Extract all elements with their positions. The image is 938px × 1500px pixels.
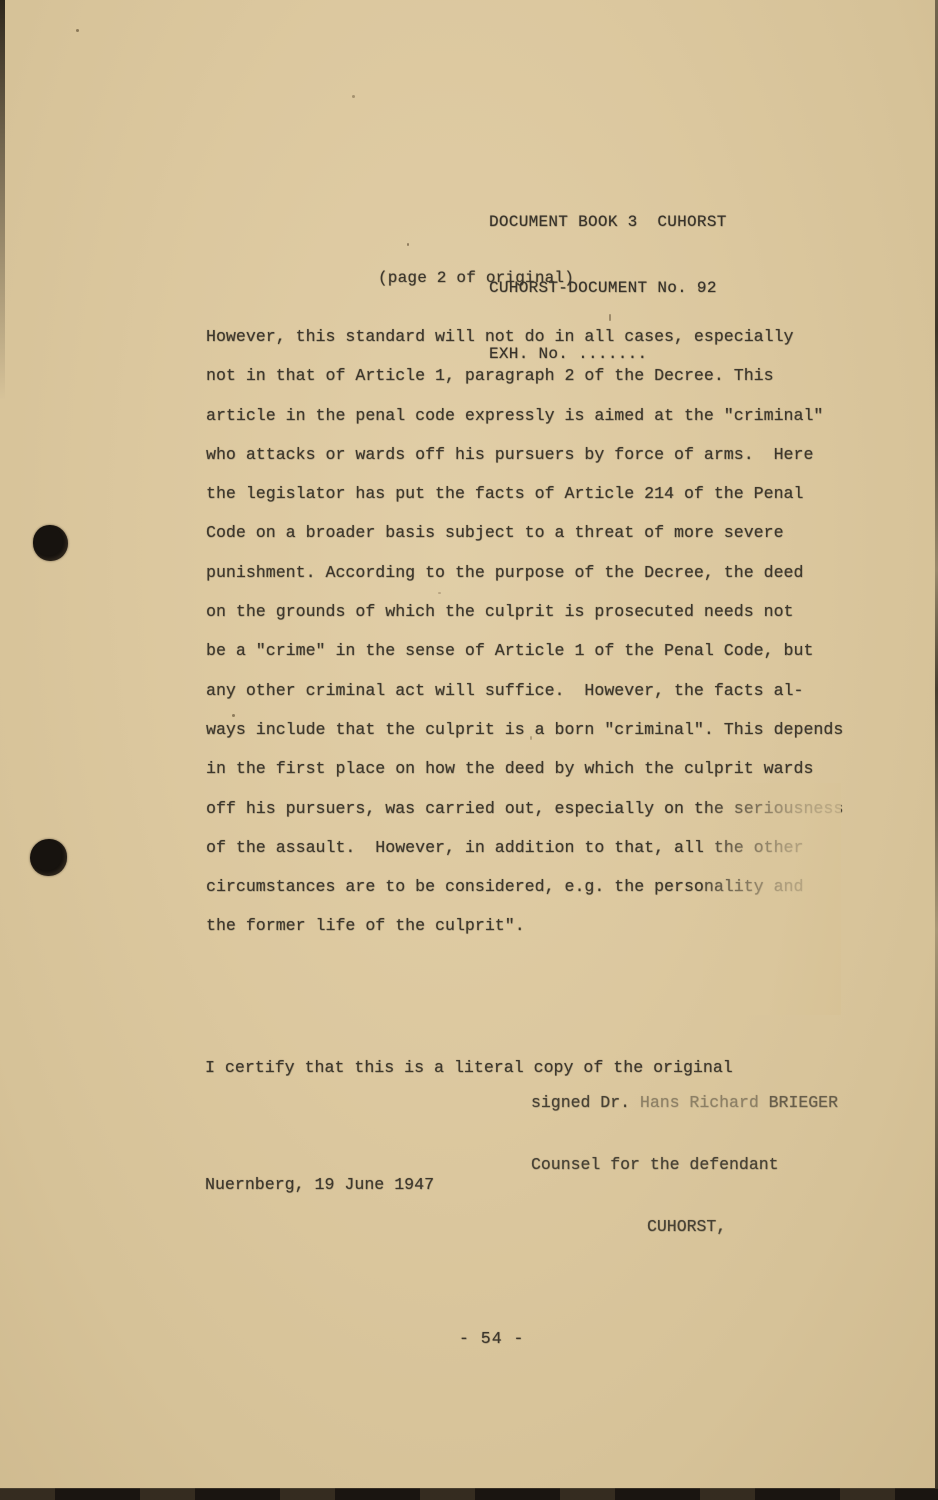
body-text-line: circumstances are to be considered, e.g.…	[206, 867, 843, 906]
page-number: - 54 -	[459, 1329, 524, 1348]
signature-signed-name: Hans Richard	[640, 1093, 769, 1112]
body-text-line: off his pursuers, was carried out, espec…	[206, 789, 843, 828]
body-text-line: of the assault. However, in addition to …	[206, 828, 843, 867]
page-edge-bottom	[0, 1488, 938, 1500]
body-text-line: ways include that the culprit is a born …	[206, 710, 843, 749]
body-text-line: However, this standard will not do in al…	[206, 317, 843, 356]
body-text-line: the legislator has put the facts of Arti…	[206, 474, 843, 513]
punch-hole-bottom	[30, 839, 67, 876]
header-line-book: DOCUMENT BOOK 3 CUHORST	[489, 211, 727, 233]
punch-hole-top	[33, 525, 68, 561]
paper-speck	[232, 714, 235, 717]
body-paragraph: However, this standard will not do in al…	[206, 317, 843, 946]
page-subtitle: (page 2 of original)	[378, 269, 574, 287]
paper-speck	[609, 314, 611, 321]
paper-speck	[352, 95, 355, 98]
signature-line-signed: signed Dr. Hans Richard BRIEGER	[531, 1093, 838, 1114]
document-page: DOCUMENT BOOK 3 CUHORST CUHORST-DOCUMENT…	[0, 0, 938, 1500]
paper-speck	[530, 736, 532, 740]
paper-speck	[438, 592, 441, 594]
page-edge-left	[0, 0, 5, 400]
body-text-line: in the first place on how the deed by wh…	[206, 749, 843, 788]
signature-line-counsel: Counsel for the defendant	[531, 1155, 838, 1176]
paper-speck	[76, 29, 79, 32]
paper-speck	[698, 288, 700, 290]
body-text-line: article in the penal code expressly is a…	[206, 396, 843, 435]
body-text-line: any other criminal act will suffice. How…	[206, 671, 843, 710]
body-text-line: who attacks or wards off his pursuers by…	[206, 435, 843, 474]
body-text-line: on the grounds of which the culprit is p…	[206, 592, 843, 631]
signature-signed-surname: BRIEGER	[769, 1093, 838, 1112]
signature-block: signed Dr. Hans Richard BRIEGER Counsel …	[531, 1052, 838, 1279]
body-text-line: Code on a broader basis subject to a thr…	[206, 513, 843, 552]
signature-client-name: CUHORST,	[647, 1217, 726, 1238]
body-text-line: punishment. According to the purpose of …	[206, 553, 843, 592]
paper-speck	[407, 243, 409, 246]
body-text-line: the former life of the culprit".	[206, 906, 843, 945]
body-text-line: not in that of Article 1, paragraph 2 of…	[206, 356, 843, 395]
signature-line-client: CUHORST,	[531, 1217, 838, 1238]
signature-signed-prefix: signed Dr.	[531, 1093, 640, 1112]
body-text-line: be a "crime" in the sense of Article 1 o…	[206, 631, 843, 670]
